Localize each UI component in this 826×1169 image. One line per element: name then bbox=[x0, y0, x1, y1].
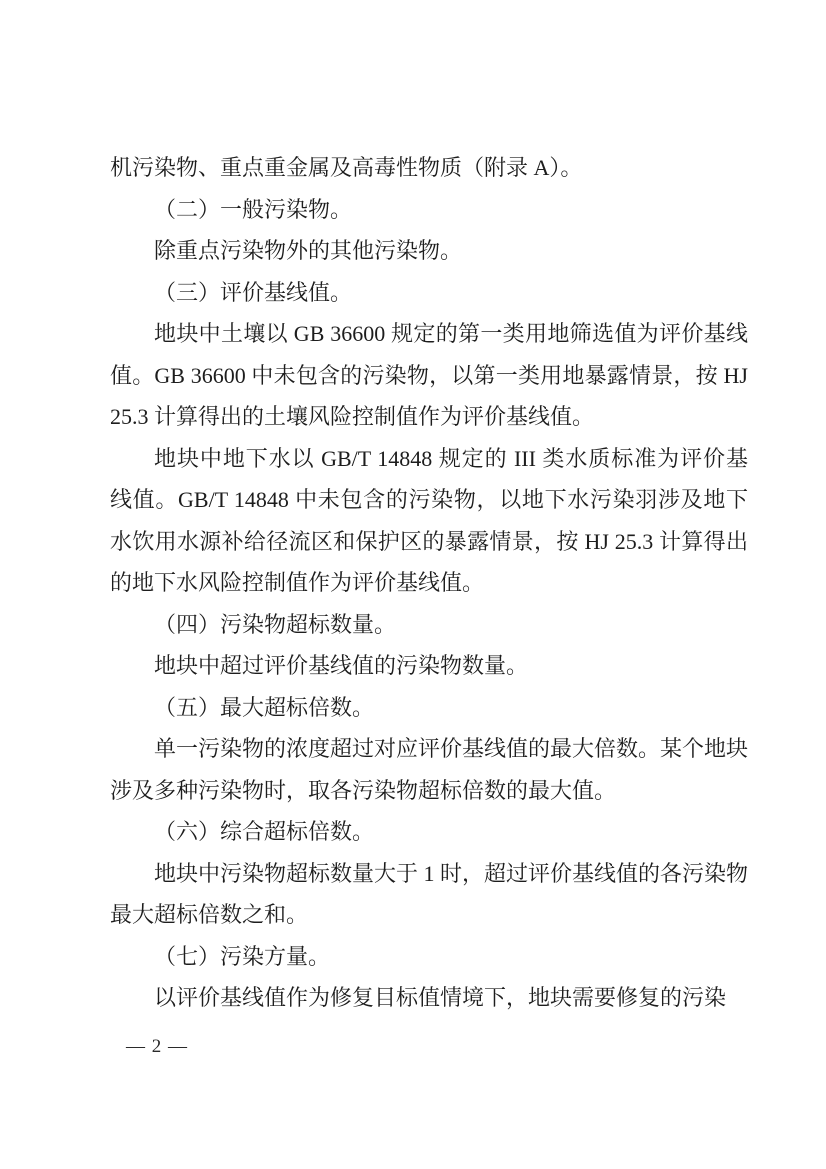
paragraph: 以评价基线值作为修复目标值情境下，地块需要修复的污染 bbox=[110, 977, 748, 1019]
paragraph: 地块中污染物超标数量大于 1 时，超过评价基线值的各污染物最大超标倍数之和。 bbox=[110, 853, 748, 936]
paragraph: （五）最大超标倍数。 bbox=[110, 687, 748, 729]
document-page: 机污染物、重点重金属及高毒性物质（附录 A）。（二）一般污染物。除重点污染物外的… bbox=[0, 0, 826, 1169]
paragraph: 地块中地下水以 GB/T 14848 规定的 III 类水质标准为评价基线值。G… bbox=[110, 438, 748, 604]
paragraph: 单一污染物的浓度超过对应评价基线值的最大倍数。某个地块涉及多种污染物时，取各污染… bbox=[110, 728, 748, 811]
paragraph: （六）综合超标倍数。 bbox=[110, 811, 748, 853]
paragraph: （三）评价基线值。 bbox=[110, 272, 748, 314]
paragraph: 机污染物、重点重金属及高毒性物质（附录 A）。 bbox=[110, 147, 748, 189]
page-number: — 2 — bbox=[126, 1036, 188, 1058]
paragraph: 地块中超过评价基线值的污染物数量。 bbox=[110, 645, 748, 687]
paragraph: 除重点污染物外的其他污染物。 bbox=[110, 230, 748, 272]
text-block: 机污染物、重点重金属及高毒性物质（附录 A）。（二）一般污染物。除重点污染物外的… bbox=[110, 147, 748, 1019]
paragraph: （二）一般污染物。 bbox=[110, 189, 748, 231]
paragraph: （七）污染方量。 bbox=[110, 936, 748, 978]
paragraph: （四）污染物超标数量。 bbox=[110, 604, 748, 646]
paragraph: 地块中土壤以 GB 36600 规定的第一类用地筛选值为评价基线值。GB 366… bbox=[110, 313, 748, 438]
